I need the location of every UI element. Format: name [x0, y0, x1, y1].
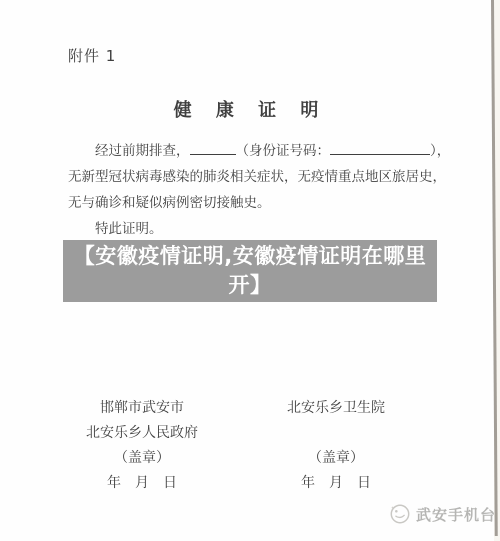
name-blank-field	[190, 141, 236, 155]
id-number-blank-field	[330, 141, 430, 155]
document-body: 经过前期排查，（身份证号码：）， 无新型冠状病毒感染的肺炎相关症状，无疫情重点地…	[68, 138, 448, 242]
health-certificate-photo: 附件 1 健 康 证 明 经过前期排查，（身份证号码：）， 无新型冠状病毒感染的…	[0, 0, 500, 541]
signature-seal-label: （盖章）	[270, 446, 402, 471]
signature-block-government: 邯郸市武安市 北安乐乡人民政府 （盖章） 年 月 日	[66, 396, 218, 496]
signature-org-line2	[270, 421, 402, 446]
body-line1-prefix: 经过前期排查，	[95, 143, 190, 159]
body-line1-id-label: （身份证号码：	[236, 143, 331, 159]
signature-org-line1: 邯郸市武安市	[66, 396, 218, 421]
signature-date-line: 年 月 日	[270, 471, 402, 496]
body-line1-suffix: ），	[430, 143, 450, 159]
caption-line-1: 【安徽疫情证明,安徽疫情证明在哪里	[63, 242, 437, 271]
body-line-2: 无新型冠状病毒感染的肺炎相关症状，无疫情重点地区旅居史，	[68, 164, 448, 190]
watermark-label: 武安手机台	[416, 504, 496, 525]
watermark: 武安手机台	[389, 503, 496, 525]
caption-line-2: 开】	[63, 271, 437, 300]
signature-block-clinic: 北安乐乡卫生院 （盖章） 年 月 日	[270, 396, 402, 496]
caption-overlay: 【安徽疫情证明,安徽疫情证明在哪里 开】	[63, 240, 437, 302]
signature-seal-label: （盖章）	[66, 446, 218, 471]
station-logo-icon	[389, 503, 411, 525]
signature-org-line2: 北安乐乡人民政府	[66, 421, 218, 446]
document-title: 健 康 证 明	[0, 96, 492, 122]
body-line-3: 无与确诊和疑似病例密切接触史。	[68, 190, 448, 216]
body-line-1: 经过前期排查，（身份证号码：），	[68, 138, 448, 164]
body-line-4: 特此证明。	[68, 216, 448, 242]
signature-org-line1: 北安乐乡卫生院	[270, 396, 402, 421]
attachment-label: 附件 1	[68, 45, 116, 66]
signature-date-line: 年 月 日	[66, 471, 218, 496]
